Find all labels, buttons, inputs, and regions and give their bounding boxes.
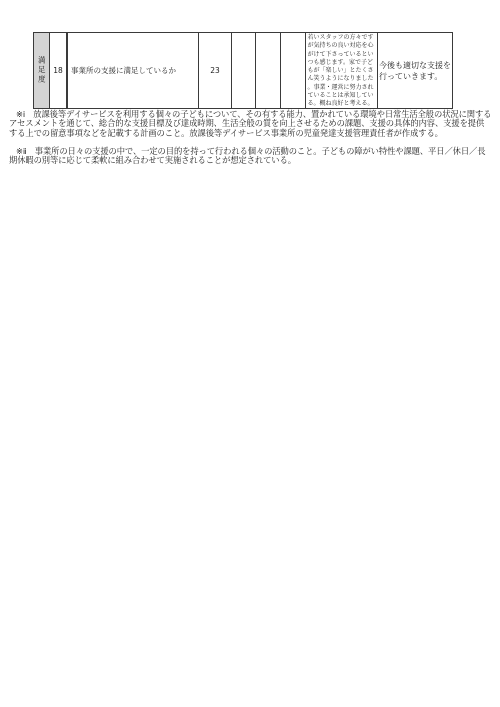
score-value: 23 (210, 66, 220, 75)
category-cell: 満足度 (34, 33, 50, 108)
document-page: 満足度 18 事業所の支援に満足しているか 23 若いスタッフの方々ですが気持ち… (0, 0, 500, 707)
footnote-2: ※ⅱ 事業所の日々の支援の中で、一定の目的を持って行われる個々の活動のこと。子ど… (9, 147, 492, 166)
footnote-1: ※ⅰ 放課後等デイサービスを利用する個々の子どもについて、その有する能力、置かれ… (9, 110, 492, 138)
score-cell: 23 (199, 33, 232, 108)
empty-cell-3 (281, 33, 306, 108)
provider-response-text: 今後も適切な支援を行っていきます。 (379, 60, 451, 82)
empty-cell-2 (256, 33, 281, 108)
question-text: 事業所の支援に満足しているか (71, 65, 176, 76)
evaluation-table: 満足度 18 事業所の支援に満足しているか 23 若いスタッフの方々ですが気持ち… (33, 32, 453, 109)
item-number: 18 (53, 66, 63, 75)
footnote-1-text: 放課後等デイサービスを利用する個々の子どもについて、その有する能力、置かれている… (9, 109, 491, 138)
empty-cell-1 (232, 33, 256, 108)
item-number-cell: 18 (50, 33, 68, 108)
guardian-comment-text: 若いスタッフの方々ですが気持ちの良い対応を心がけて下さっているといつも感じます。… (308, 34, 376, 108)
footnote-2-text: 事業所の日々の支援の中で、一定の目的を持って行われる個々の活動のこと。子どもの障… (9, 146, 485, 165)
provider-response-cell: 今後も適切な支援を行っていきます。 (378, 33, 452, 108)
category-label: 満足度 (38, 56, 46, 85)
guardian-comment-cell: 若いスタッフの方々ですが気持ちの良い対応を心がけて下さっているといつも感じます。… (306, 33, 378, 108)
question-cell: 事業所の支援に満足しているか (68, 33, 199, 108)
